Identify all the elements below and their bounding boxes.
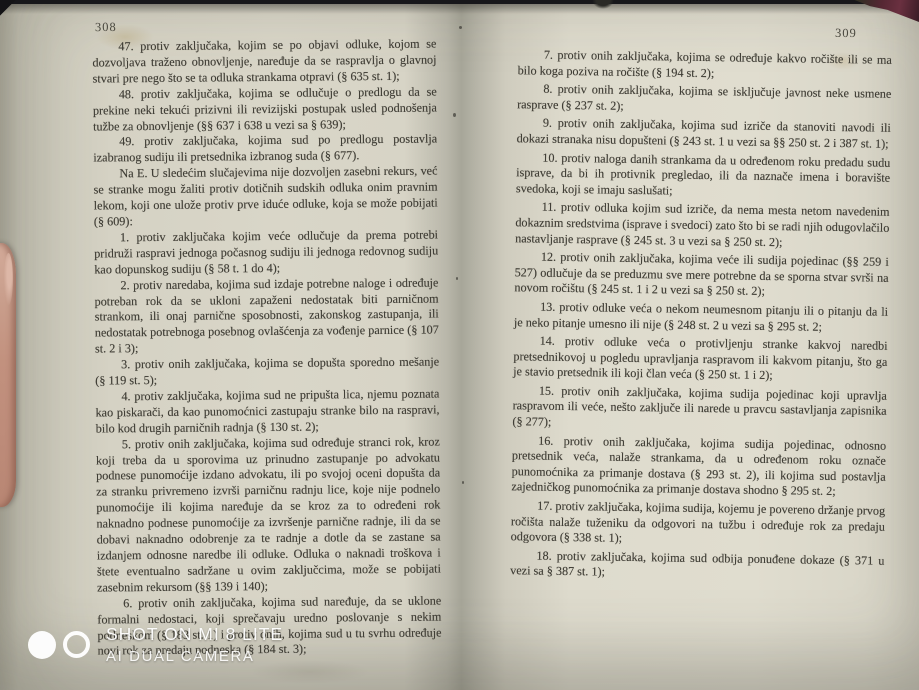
paragraph: 2. protiv naredaba, kojima sud izdaje po… <box>94 275 439 358</box>
paragraph: 12. protiv onih zaključaka, kojima veće … <box>514 249 889 301</box>
paragraph: 48. protiv zaključaka, kojima se odlučuj… <box>93 84 437 135</box>
paragraph: 11. protiv odluka kojim sud izriče, da n… <box>515 200 890 252</box>
paragraph: 13. protiv odluke veća o nekom neumesnom… <box>514 299 888 336</box>
paragraph: 15. protiv onih zaključaka, kojima sudij… <box>512 383 887 435</box>
watermark-text: SHOT ON MI 8 LITE AI DUAL CAMERA <box>106 624 283 665</box>
paragraph: 49. protiv zaključaka, kojima sud po pre… <box>93 132 437 167</box>
paragraph: 10. protiv naloga danih strankama da u o… <box>516 150 891 202</box>
filled-circle-icon <box>28 631 56 659</box>
paragraph: 7. protiv onih zaključaka, kojima se odr… <box>518 47 892 84</box>
ink-speck <box>456 277 458 280</box>
paragraph: 9. protiv onih zaključaka, kojima sud iz… <box>517 116 891 153</box>
paragraph: 4. protiv zaključaka, kojima sud ne prip… <box>95 386 439 437</box>
page-number-left: 308 <box>95 20 117 35</box>
photo-dark-corner <box>0 0 26 18</box>
paragraph: 8. protiv onih zaključaka, kojima se isk… <box>517 81 891 118</box>
book-spine-notch <box>592 0 614 9</box>
thumb-holding-page <box>0 243 16 507</box>
ink-speck <box>459 26 462 29</box>
paragraph: Na E. U sledećim slučajevima nije dozvol… <box>93 164 438 231</box>
ink-speck <box>462 481 464 484</box>
paragraph: 18. protiv zaključaka, kojima sud odbija… <box>510 548 884 585</box>
watermark-line-2: AI DUAL CAMERA <box>106 648 283 665</box>
ink-speck <box>453 113 456 117</box>
ring-circle-icon <box>63 631 90 658</box>
paragraph: 1. protiv zaključaka kojim veće odlučuje… <box>94 227 438 278</box>
page-number-right: 309 <box>835 26 857 41</box>
camera-watermark: SHOT ON MI 8 LITE AI DUAL CAMERA <box>28 624 283 665</box>
paragraph: 14. protiv odluke veća o protivljenju st… <box>513 333 888 385</box>
paragraph: 5. protiv onih zaključaka, kojima sud od… <box>96 434 441 596</box>
paragraph: 3. protiv onih zaključaka, kojima se dop… <box>95 355 439 390</box>
paragraph: 17. protiv zaključaka, kojima sudija, ko… <box>511 498 886 550</box>
right-page-text: 7. protiv onih zaključaka, kojima se odr… <box>510 47 892 587</box>
left-page-text: 47. protiv zaključaka, kojim se po objav… <box>92 37 441 660</box>
paragraph: 16. protiv onih zaključaka, kojima sudij… <box>511 433 886 501</box>
book-photo: 308 309 47. protiv zaključaka, kojim se … <box>0 0 919 690</box>
watermark-line-1: SHOT ON MI 8 LITE <box>106 624 283 645</box>
paragraph: 47. protiv zaključaka, kojim se po objav… <box>92 37 436 88</box>
